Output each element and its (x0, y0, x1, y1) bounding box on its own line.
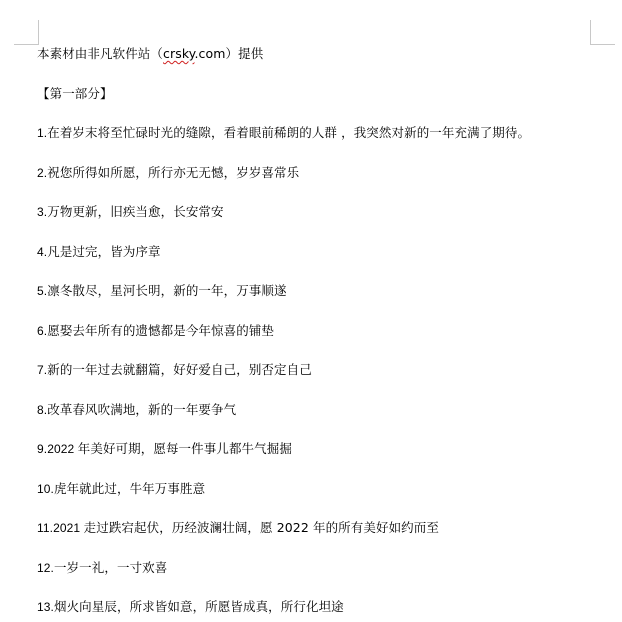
list-item: 3.万物更新，旧疾当愈，长安常安 (37, 204, 224, 220)
source-line: 本素材由非凡软件站（crsky.com）提供 (37, 46, 263, 62)
list-item: 13.烟火向星辰，所求皆如意，所愿皆成真，所行化坦途 (37, 599, 344, 615)
list-item: 2.祝您所得如所愿，所行亦无无憾，岁岁喜常乐 (37, 165, 299, 181)
document-page[interactable]: 本素材由非凡软件站（crsky.com）提供 【第一部分】 1.在着岁末将至忙碌… (0, 0, 622, 622)
list-item: 12.一岁一礼，一寸欢喜 (37, 560, 167, 576)
page-margin-corner-top-left (14, 20, 39, 45)
list-item: 4.凡是过完，皆为序章 (37, 244, 161, 260)
page-margin-corner-top-right (590, 20, 615, 45)
source-domain: .com (194, 46, 225, 61)
source-suffix: ）提供 (226, 46, 264, 61)
list-item: 7.新的一年过去就翻篇，好好爱自己，别否定自己 (37, 362, 312, 378)
list-item: 11.2021 走过跌宕起伏，历经波澜壮阔，愿 2022 年的所有美好如约而至 (37, 520, 439, 536)
list-item: 1.在着岁末将至忙碌时光的缝隙，看着眼前稀朗的人群 ，我突然对新的一年充满了期待… (37, 125, 530, 141)
list-item: 5.凛冬散尽，星河长明，新的一年，万事顺遂 (37, 283, 287, 299)
source-prefix: 本素材由非凡软件站（ (37, 46, 163, 61)
section-heading: 【第一部分】 (37, 86, 113, 102)
list-item: 6.愿娶去年所有的遗憾都是今年惊喜的铺垫 (37, 323, 274, 339)
spellcheck-word: crsky (163, 46, 194, 61)
list-item: 8.改革春风吹满地，新的一年要争气 (37, 402, 236, 418)
list-item: 9.2022 年美好可期，愿每一件事儿都牛气掘掘 (37, 441, 292, 457)
list-item: 10.虎年就此过，牛年万事胜意 (37, 481, 205, 497)
